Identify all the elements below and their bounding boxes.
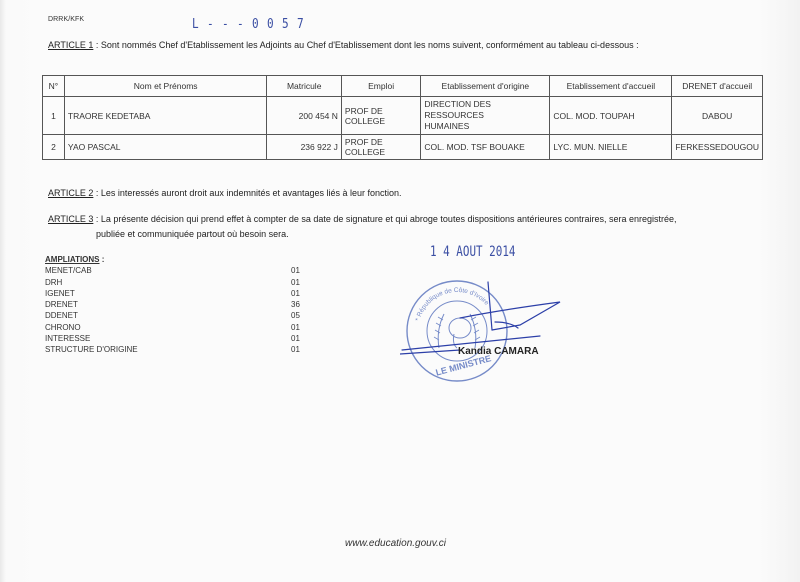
table-header-row: N° Nom et Prénoms Matricule Emploi Etabl… (43, 76, 763, 97)
article-3-label: ARTICLE 3 (48, 214, 93, 224)
ampliations-title: AMPLIATIONS : (45, 255, 305, 266)
cell-origine: COL. MOD. TSF BOUAKE (421, 135, 550, 160)
cell-emploi: PROF DE COLLEGE (341, 135, 420, 160)
article-3-text: : La présente décision qui prend effet à… (93, 214, 676, 224)
header-drenet: DRENET d'accueil (672, 76, 763, 97)
reference-code: DRRK/KFK (48, 16, 84, 23)
article-1-text: : Sont nommés Chef d'Etablissement les A… (93, 40, 638, 50)
article-2-label: ARTICLE 2 (48, 188, 93, 198)
list-item: IGENET01 (45, 289, 305, 300)
header-name: Nom et Prénoms (64, 76, 267, 97)
cell-name: YAO PASCAL (64, 135, 267, 160)
list-item: CHRONO01 (45, 323, 305, 334)
list-item: DRH01 (45, 278, 305, 289)
cell-origine-line2: HUMAINES (424, 121, 546, 132)
cell-matricule: 236 922 J (267, 135, 341, 160)
appointments-table: N° Nom et Prénoms Matricule Emploi Etabl… (42, 75, 763, 160)
header-num: N° (43, 76, 65, 97)
decision-number-stamp: L - - - 0 0 5 7 (192, 17, 305, 32)
table-row: 2 YAO PASCAL 236 922 J PROF DE COLLEGE C… (43, 135, 763, 160)
cell-matricule: 200 454 N (267, 97, 341, 135)
cell-name: TRAORE KEDETABA (64, 97, 267, 135)
article-2-text: : Les interessés auront droit aux indemn… (93, 188, 401, 198)
cell-num: 2 (43, 135, 65, 160)
header-matricule: Matricule (267, 76, 341, 97)
cell-drenet: DABOU (672, 97, 763, 135)
article-3: ARTICLE 3 : La présente décision qui pre… (48, 214, 677, 224)
article-1-label: ARTICLE 1 (48, 40, 93, 50)
list-item: INTERESSE01 (45, 334, 305, 345)
list-item: DRENET36 (45, 300, 305, 311)
list-item: STRUCTURE D'ORIGINE01 (45, 345, 305, 356)
header-emploi: Emploi (341, 76, 420, 97)
article-2: ARTICLE 2 : Les interessés auront droit … (48, 188, 402, 198)
website-link: www.education.gouv.ci (345, 538, 446, 549)
article-3-continuation: publiée et communiquée partout où besoin… (96, 229, 289, 239)
cell-drenet: FERKESSEDOUGOU (672, 135, 763, 160)
list-item: DDENET05 (45, 311, 305, 322)
cell-emploi: PROF DE COLLEGE (341, 97, 420, 135)
cell-accueil: LYC. MUN. NIELLE (550, 135, 672, 160)
cell-origine: DIRECTION DES RESSOURCES HUMAINES (421, 97, 550, 135)
header-accueil: Etablissement d'accueil (550, 76, 672, 97)
date-stamp: 1 4 AOUT 2014 (430, 244, 515, 260)
table-row: 1 TRAORE KEDETABA 200 454 N PROF DE COLL… (43, 97, 763, 135)
header-origine: Etablissement d'origine (421, 76, 550, 97)
ampliations-list: AMPLIATIONS : MENET/CAB01 DRH01 IGENET01… (45, 255, 305, 357)
cell-accueil: COL. MOD. TOUPAH (550, 97, 672, 135)
list-item: MENET/CAB01 (45, 266, 305, 277)
cell-num: 1 (43, 97, 65, 135)
article-1: ARTICLE 1 : Sont nommés Chef d'Etablisse… (48, 40, 639, 50)
signatory-name: Kandia CAMARA (458, 346, 539, 357)
cell-origine-line1: DIRECTION DES RESSOURCES (424, 99, 546, 121)
